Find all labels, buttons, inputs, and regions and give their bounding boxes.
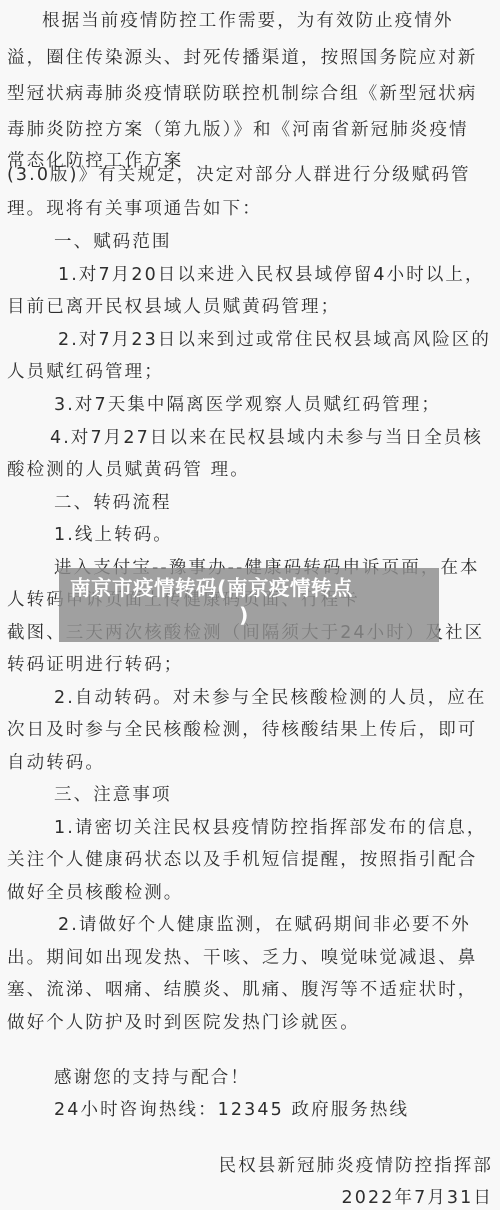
- paragraph-line: 毒肺炎防控方案（第九版）》和《河南省新冠肺炎疫情: [7, 119, 469, 141]
- paragraph-line: 溢，圈住传染源头、封死传播渠道，按照国务院应对新: [7, 47, 477, 69]
- paragraph-line: 出。期间如出现发热、干咳、乏力、嗅觉味觉减退、鼻: [7, 947, 477, 969]
- paragraph-line: 做好个人防护及时到医院发热门诊就医。: [7, 1012, 360, 1034]
- paragraph-line: 转码证明进行转码；: [7, 654, 183, 676]
- paragraph-line: 次日及时参与全民核酸检测，待核酸结果上传后，即可: [7, 719, 477, 741]
- list-item: 2.请做好个人健康监测，在赋码期间非必要不外: [58, 914, 471, 936]
- paragraph-line: 关注个人健康码状态以及手机短信提醒，按照指引配合: [7, 849, 477, 871]
- list-item: 3.对7天集中隔离医学观察人员赋红码管理；: [54, 394, 441, 416]
- paragraph-line: 塞、流涕、咽痛、结膜炎、肌痛、腹泻等不适症状时，: [7, 979, 477, 1001]
- paragraph-line: 人员赋红码管理；: [7, 361, 164, 383]
- paragraph-line: 理。现将有关事项通告如下：: [7, 198, 262, 220]
- list-item: 1.请密切关注民权县疫情防控指挥部发布的信息，: [54, 817, 487, 839]
- paragraph-line: 做好全员核酸检测。: [7, 882, 183, 904]
- signature: 民权县新冠肺炎疫情防控指挥部: [219, 1155, 493, 1177]
- section-heading: 三、注意事项: [54, 784, 172, 806]
- section-heading: 二、转码流程: [54, 492, 172, 514]
- paragraph-line: 目前已离开民权县域人员赋黄码管理；: [7, 296, 340, 318]
- thanks-line: 感谢您的支持与配合！: [54, 1067, 250, 1089]
- notice-date: 2022年7月31日: [342, 1187, 493, 1209]
- list-item: 1.对7月20日以来进入民权县域停留4小时以上，: [58, 264, 485, 286]
- list-item: 2.自动转码。对未参与全民核酸检测的人员，应在: [54, 687, 487, 709]
- list-item: 2.对7月23日以来到过或常住民权县域高风险区的: [58, 329, 491, 351]
- hotline-line: 24小时咨询热线：12345 政府服务热线: [54, 1099, 409, 1121]
- paragraph-line: 自动转码。: [7, 752, 105, 774]
- overlay-title: 南京市疫情转码(南京疫情转点: [70, 575, 353, 601]
- paragraph-line: (3.0版)》有关规定，决定对部分人群进行分级赋码管: [7, 164, 471, 186]
- paragraph-line: 根据当前疫情防控工作需要，为有效防止疫情外: [42, 10, 454, 32]
- list-item: 4.对7月27日以来在民权县域内未参与当日全员核: [50, 427, 483, 449]
- section-heading: 一、赋码范围: [54, 231, 172, 253]
- list-item: 1.线上转码。: [54, 524, 173, 546]
- paragraph-line: 型冠状病毒肺炎疫情联防联控机制综合组《新型冠状病: [7, 83, 477, 105]
- paragraph-line: 酸检测的人员赋黄码管 理。: [7, 459, 250, 481]
- overlay-title-continuation: ): [239, 602, 248, 628]
